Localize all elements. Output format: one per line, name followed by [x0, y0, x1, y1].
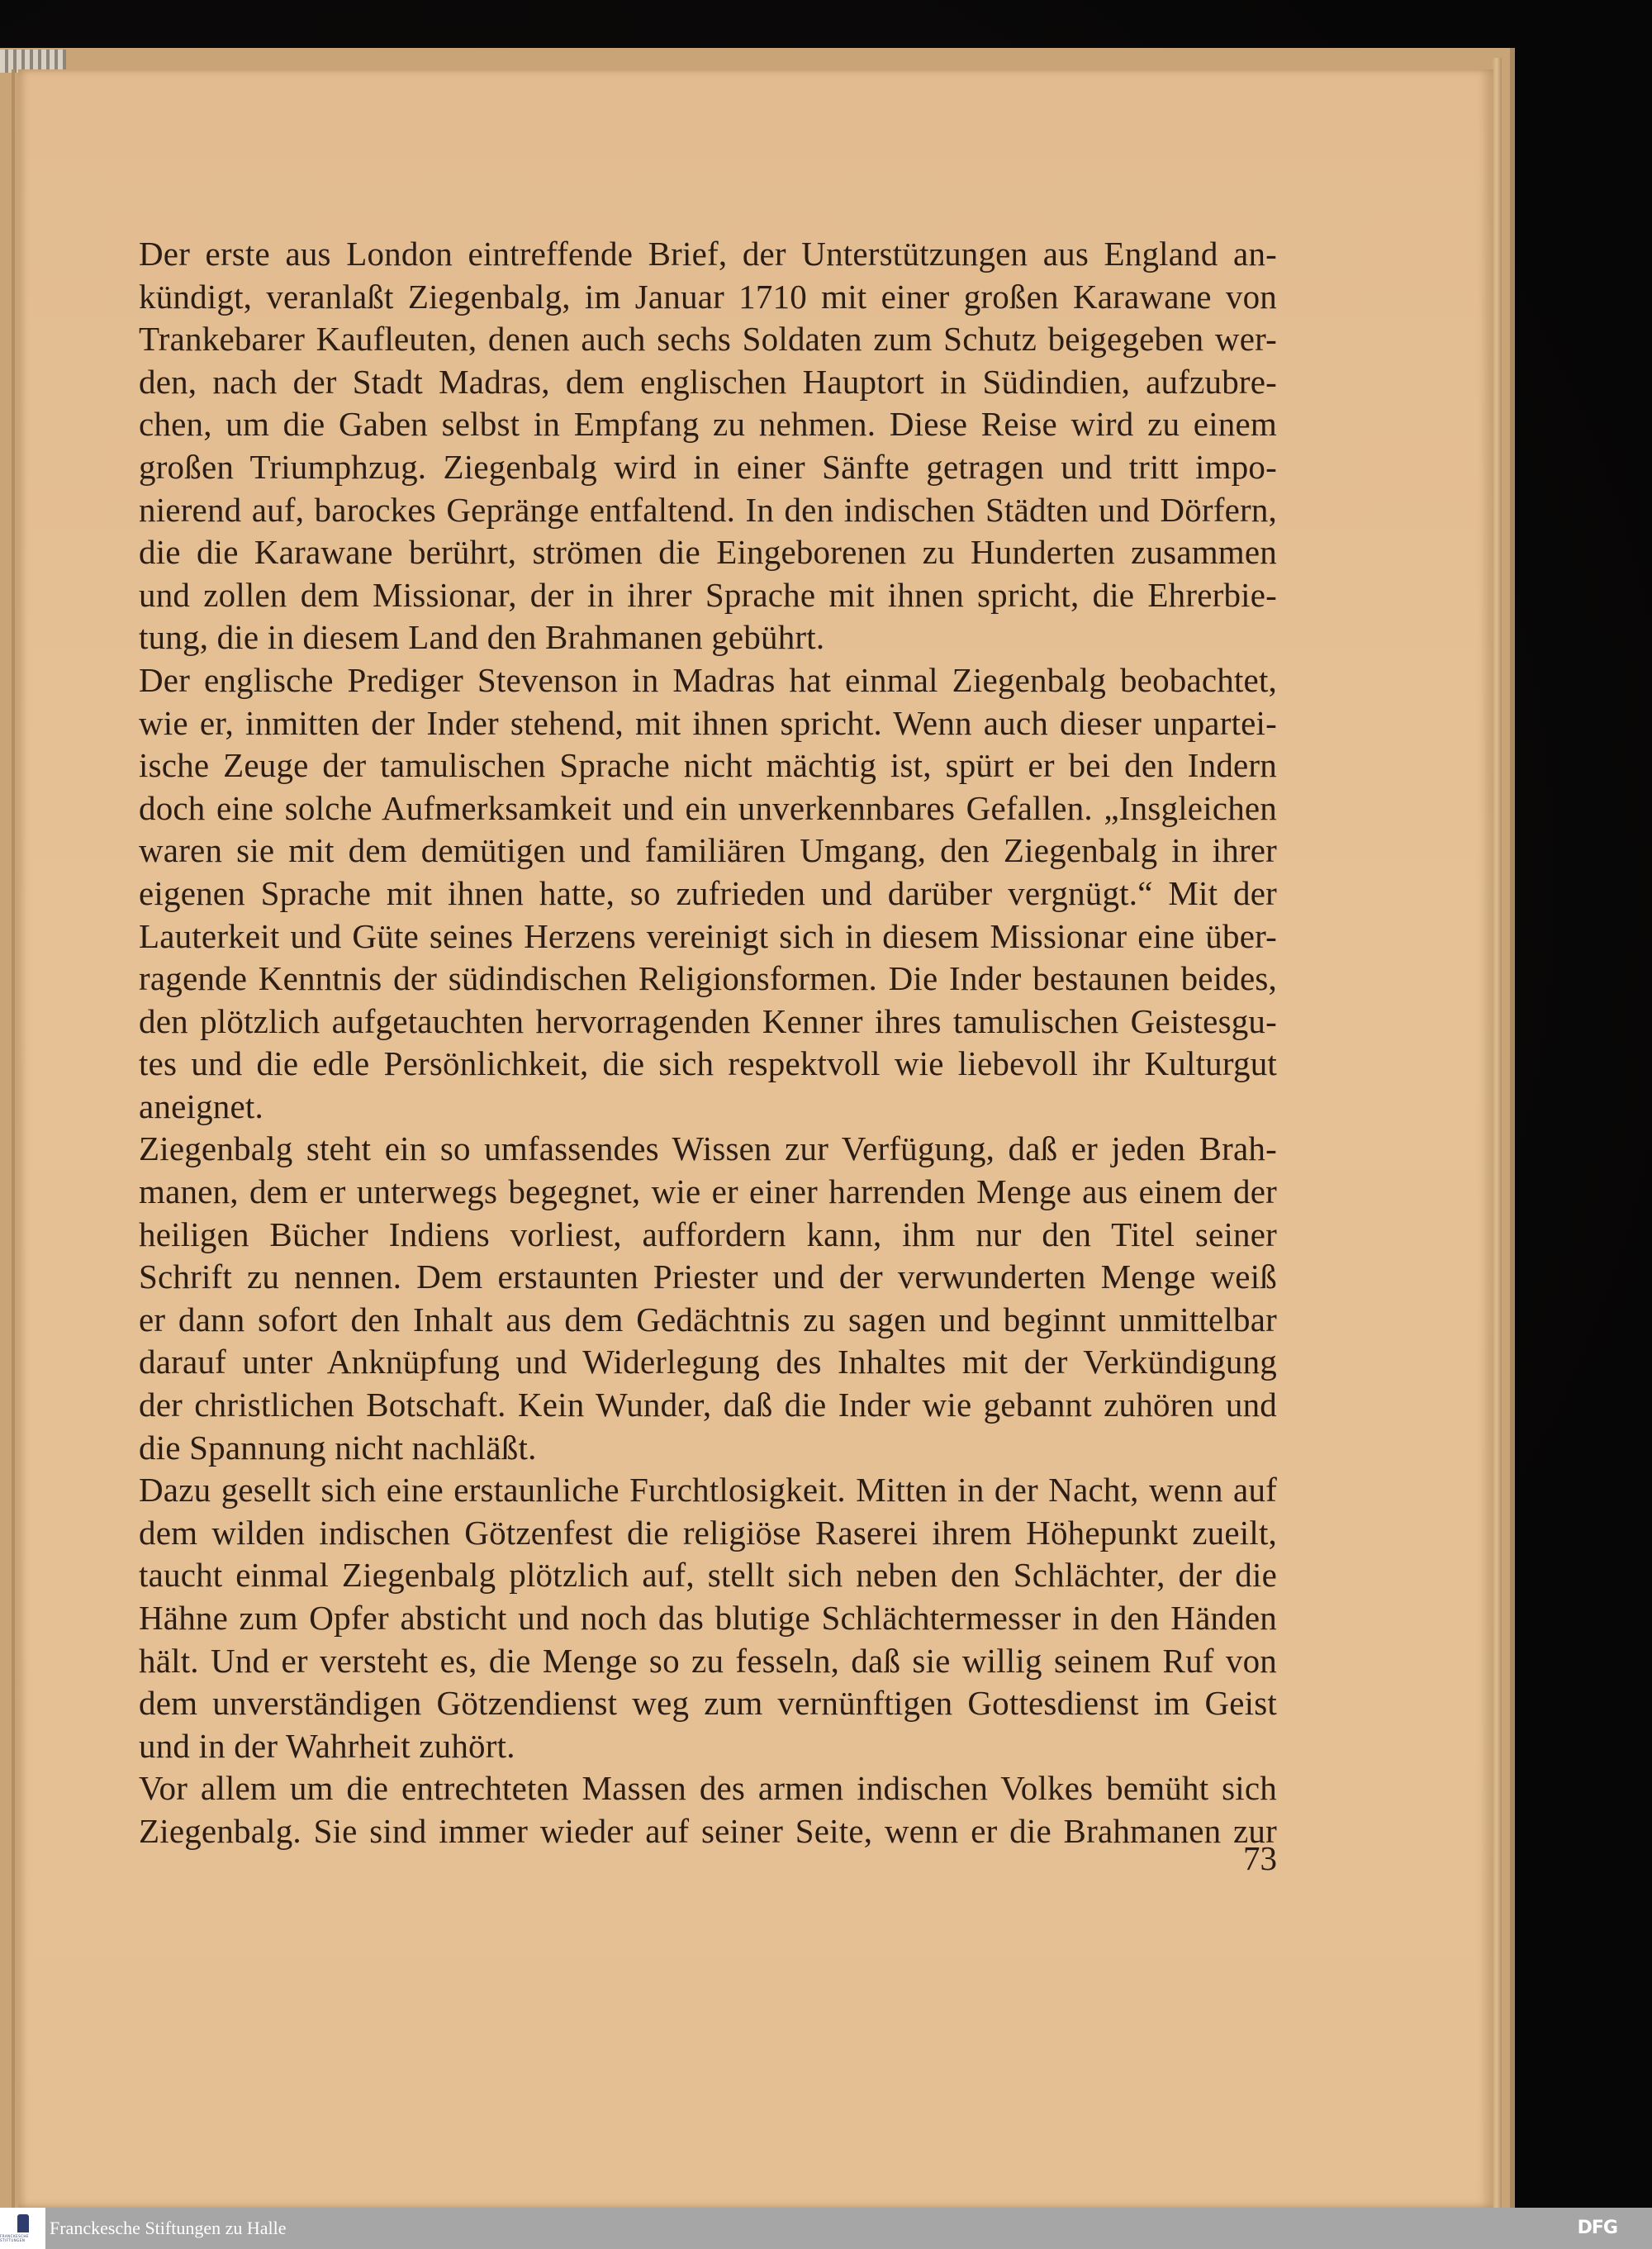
text-line: dem wilden indischen Götzenfest die reli… [139, 1512, 1277, 1555]
text-line: tes und die edle Persönlichkeit, die sic… [139, 1043, 1277, 1086]
text-line: heiligen Bücher Indiens vorliest, auffor… [139, 1214, 1277, 1257]
page-number: 73 [1231, 1838, 1277, 1878]
text-line: Der erste aus London eintreffende Brief,… [139, 233, 1277, 276]
text-line: ische Zeuge der tamulischen Sprache nich… [139, 744, 1277, 787]
paragraph-4: Dazu gesellt sich eine erstaunliche Furc… [139, 1469, 1277, 1767]
paragraph-3: Ziegenbalg steht ein so umfassendes Wiss… [139, 1128, 1277, 1469]
text-line: waren sie mit dem demütigen und familiär… [139, 830, 1277, 872]
institution-name: Franckesche Stiftungen zu Halle [50, 2218, 287, 2239]
text-line: chen, um die Gaben selbst in Empfang zu … [139, 403, 1277, 446]
text-line: der christlichen Botschaft. Kein Wunder,… [139, 1384, 1277, 1427]
text-line: Trankebarer Kaufleuten, denen auch sechs… [139, 318, 1277, 361]
text-line: Hähne zum Opfer absticht und noch das bl… [139, 1597, 1277, 1640]
text-line: eigenen Sprache mit ihnen hatte, so zufr… [139, 872, 1277, 915]
text-line: dem unverständigen Götzendienst weg zum … [139, 1682, 1277, 1725]
text-line: Ziegenbalg. Sie sind immer wieder auf se… [139, 1810, 1277, 1853]
text-line: den plötzlich aufgetauchten hervorragend… [139, 1001, 1277, 1044]
text-line: ragende Kenntnis der südindischen Religi… [139, 958, 1277, 1001]
dfg-logo[interactable]: DFG [1578, 2218, 1617, 2238]
logo-caption: FRANCKESCHE STIFTUNGEN [0, 2234, 45, 2242]
text-line: Dazu gesellt sich eine erstaunliche Furc… [139, 1469, 1277, 1512]
paragraph-5: Vor allem um die entrechteten Massen des… [139, 1767, 1277, 1852]
text-line: darauf unter Anknüpfung und Widerlegung … [139, 1341, 1277, 1384]
text-line: manen, dem er unterwegs begegnet, wie er… [139, 1171, 1277, 1214]
text-line: den, nach der Stadt Madras, dem englisch… [139, 361, 1277, 404]
text-line: und in der Wahrheit zuhört. [139, 1725, 1277, 1768]
text-line: er dann sofort den Inhalt aus dem Gedäch… [139, 1299, 1277, 1342]
text-line: taucht einmal Ziegenbalg plötzlich auf, … [139, 1554, 1277, 1597]
text-line: großen Triumphzug. Ziegenbalg wird in ei… [139, 446, 1277, 489]
text-line: Vor allem um die entrechteten Massen des… [139, 1767, 1277, 1810]
text-line: hält. Und er versteht es, die Menge so z… [139, 1640, 1277, 1683]
paragraph-1: Der erste aus London eintreffende Brief,… [139, 233, 1277, 659]
text-line: und zollen dem Missionar, der in ihrer S… [139, 574, 1277, 617]
text-line: die die Karawane berührt, strömen die Ei… [139, 531, 1277, 574]
text-line: Lauterkeit und Güte seines Herzens verei… [139, 915, 1277, 958]
text-line: Schrift zu nennen. Dem erstaunten Priest… [139, 1256, 1277, 1299]
text-line: Der englische Prediger Stevenson in Madr… [139, 659, 1277, 702]
text-line: doch eine solche Aufmerksamkeit und ein … [139, 787, 1277, 830]
text-line: nierend auf, barockes Gepränge entfalten… [139, 489, 1277, 532]
body-text: Der erste aus London eintreffende Brief,… [139, 233, 1277, 1853]
page-gutter [12, 69, 15, 2208]
text-line: Ziegenbalg steht ein so umfassendes Wiss… [139, 1128, 1277, 1171]
text-line: die Spannung nicht nachläßt. [139, 1427, 1277, 1470]
text-line: tung, die in diesem Land den Brahmanen g… [139, 616, 1277, 659]
viewer-footer-bar: FRANCKESCHE STIFTUNGEN Franckesche Stift… [0, 2208, 1652, 2249]
text-line: kündigt, veranlaßt Ziegenbalg, im Januar… [139, 276, 1277, 319]
franckesche-stiftungen-logo[interactable]: FRANCKESCHE STIFTUNGEN [0, 2208, 45, 2249]
orphan-figure-icon [17, 2214, 29, 2232]
text-line: aneignet. [139, 1086, 1277, 1129]
paragraph-2: Der englische Prediger Stevenson in Madr… [139, 659, 1277, 1129]
text-line: wie er, inmitten der Inder stehend, mit … [139, 702, 1277, 745]
